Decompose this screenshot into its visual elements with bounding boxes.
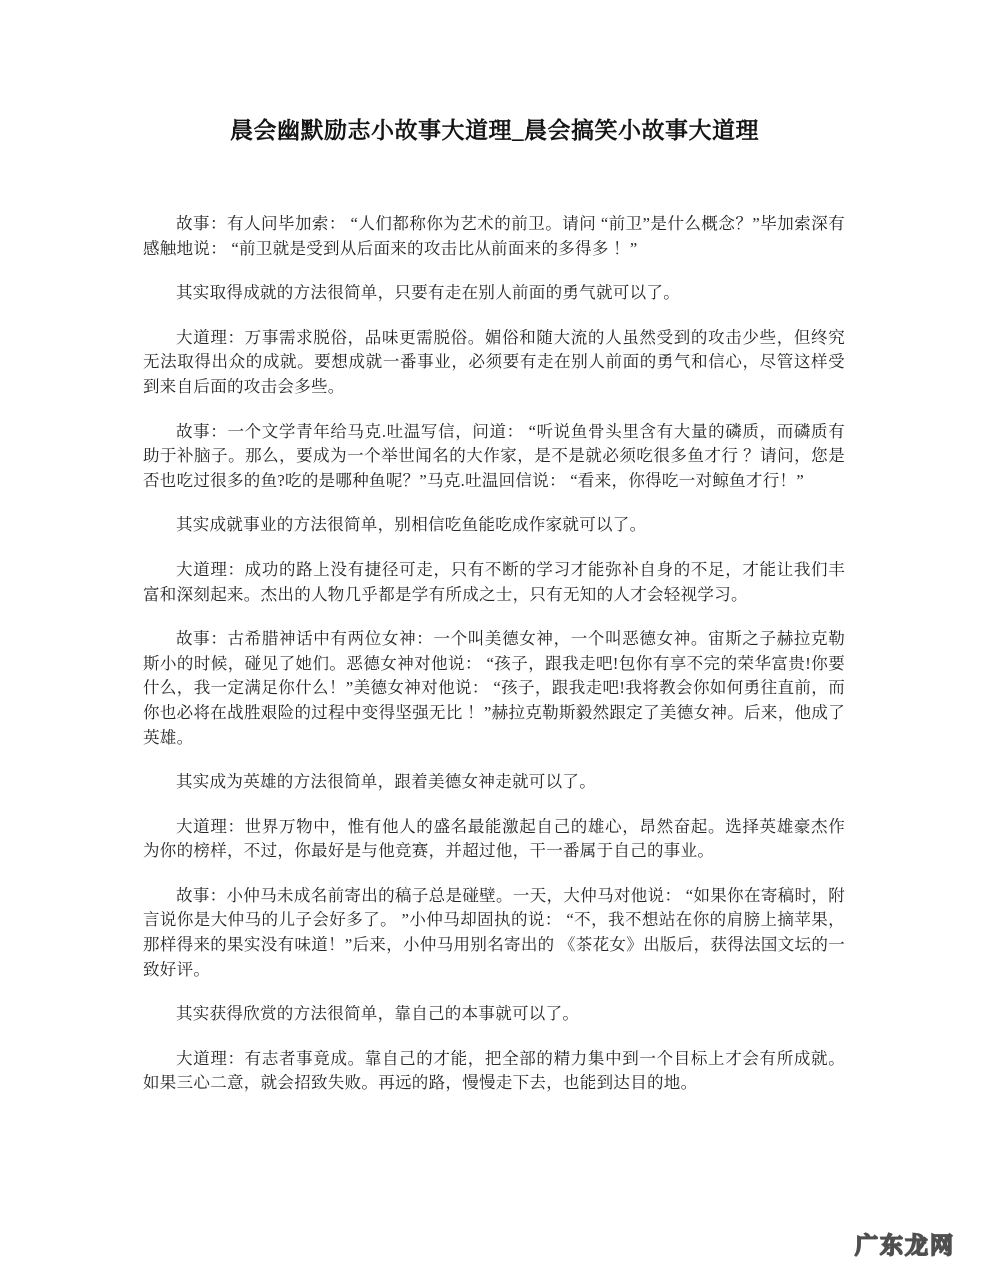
paragraph: 大道理：万事需求脱俗，品味更需脱俗。媚俗和随大流的人虽然受到的攻击少些，但终究无… — [143, 326, 845, 400]
document-page: 晨会幽默励志小故事大道理_晨会搞笑小故事大道理 故事：有人问毕加索： “人们都称… — [0, 0, 989, 1280]
paragraph: 其实获得欣赏的方法很简单，靠自己的本事就可以了。 — [143, 1002, 845, 1027]
paragraph: 其实成为英雄的方法很简单，跟着美德女神走就可以了。 — [143, 770, 845, 795]
paragraph: 故事：古希腊神话中有两位女神：一个叫美德女神，一个叫恶德女神。宙斯之子赫拉克勒斯… — [143, 627, 845, 750]
paragraph: 故事：一个文学青年给马克.吐温写信，问道： “听说鱼骨头里含有大量的磷质，而磷质… — [143, 420, 845, 494]
page-title: 晨会幽默励志小故事大道理_晨会搞笑小故事大道理 — [0, 0, 989, 146]
paragraph: 大道理：有志者事竟成。靠自己的才能，把全部的精力集中到一个目标上才会有所成就。如… — [143, 1047, 845, 1096]
paragraph: 大道理：世界万物中，惟有他人的盛名最能激起自己的雄心，昂然奋起。选择英雄豪杰作为… — [143, 815, 845, 864]
paragraph: 大道理：成功的路上没有捷径可走，只有不断的学习才能弥补自身的不足，才能让我们丰富… — [143, 558, 845, 607]
watermark: 广东龙网 — [855, 1227, 955, 1260]
paragraph: 故事：有人问毕加索： “人们都称你为艺术的前卫。请问 “前卫”是什么概念？”毕加… — [143, 212, 845, 261]
paragraph-list: 故事：有人问毕加索： “人们都称你为艺术的前卫。请问 “前卫”是什么概念？”毕加… — [143, 212, 845, 1096]
paragraph: 其实取得成就的方法很简单，只要有走在别人前面的勇气就可以了。 — [143, 281, 845, 306]
paragraph: 故事：小仲马未成名前寄出的稿子总是碰壁。一天，大仲马对他说： “如果你在寄稿时，… — [143, 884, 845, 982]
paragraph: 其实成就事业的方法很简单，别相信吃鱼能吃成作家就可以了。 — [143, 513, 845, 538]
